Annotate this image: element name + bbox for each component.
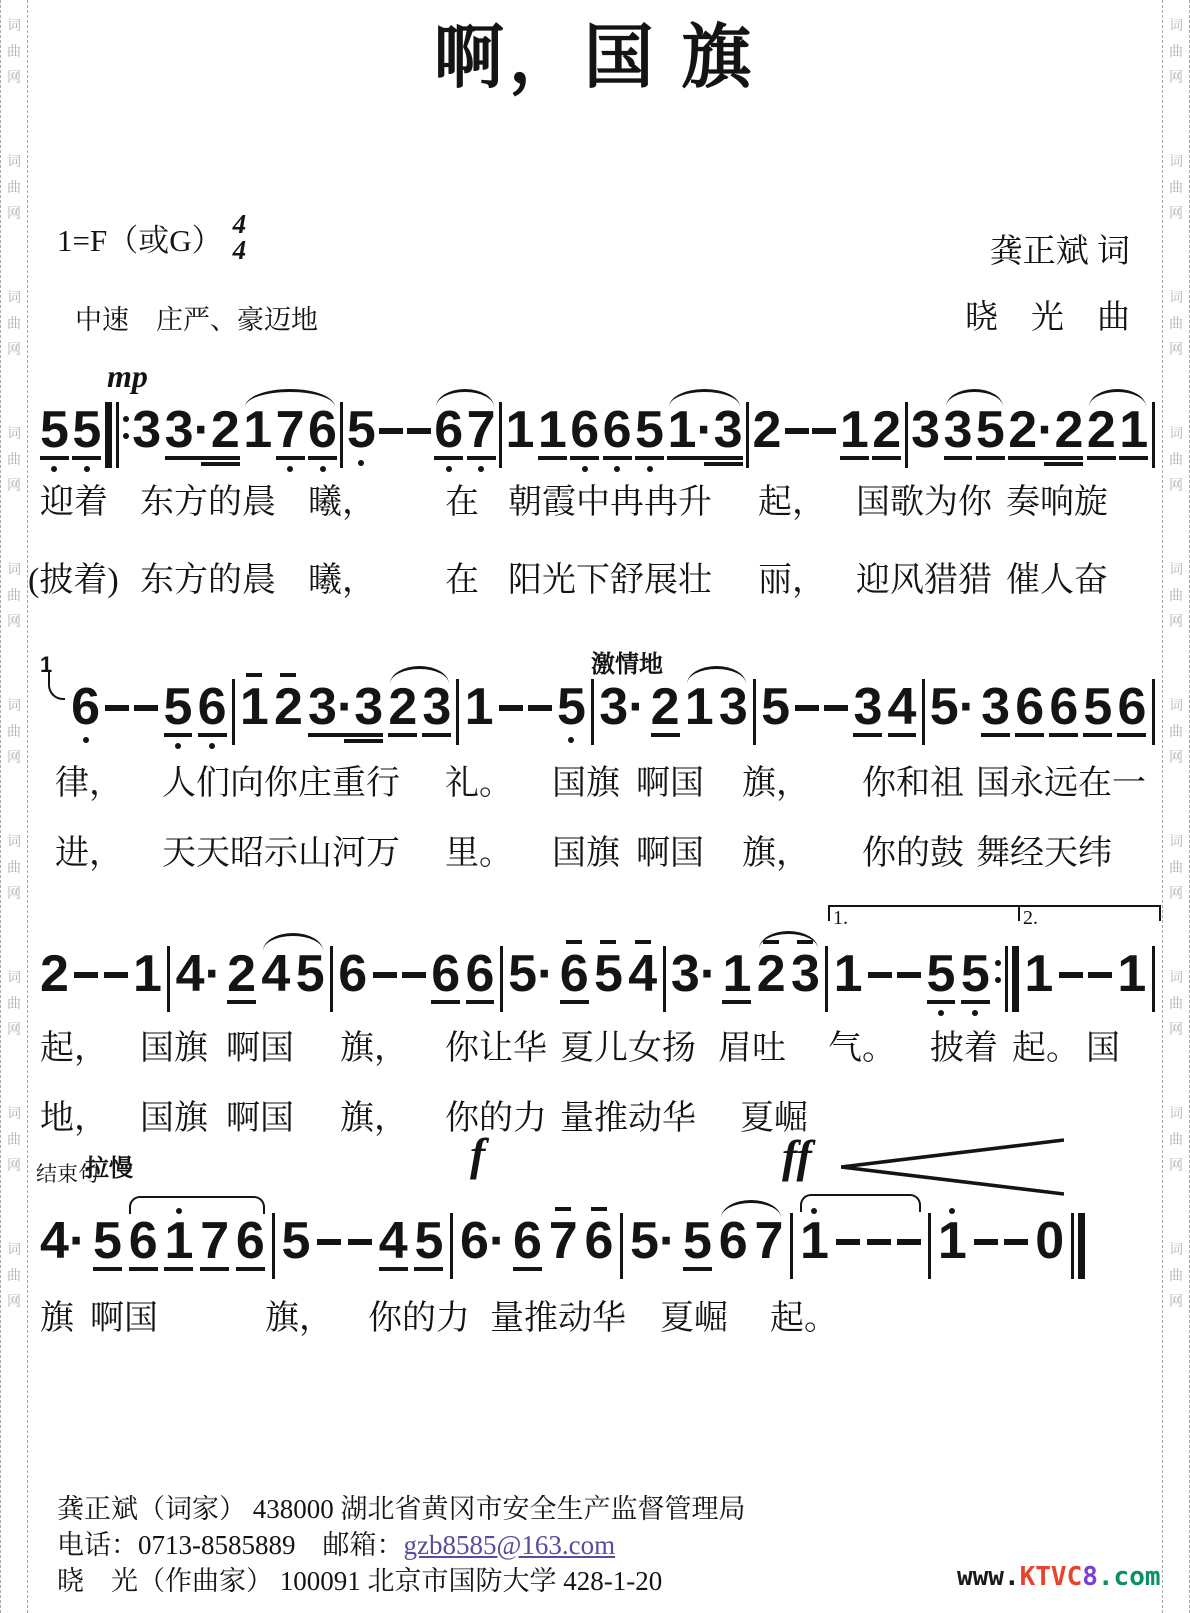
lyric-segment: 气。: [828, 1030, 896, 1067]
bar: [1005, 946, 1008, 1012]
note-digit: 6: [308, 401, 337, 459]
dash-note: [348, 1239, 372, 1245]
lyric-segment: 起。: [1012, 1030, 1080, 1067]
note-digit: 3·: [671, 945, 717, 1003]
barline: [1152, 402, 1155, 468]
lyric-segment: 人们向你庄重行: [162, 765, 400, 802]
barline: [450, 1213, 453, 1279]
note-digit: 6: [198, 678, 227, 736]
slur: [436, 389, 494, 407]
eighth-underline: [1008, 456, 1083, 460]
note-token: 5: [557, 686, 586, 730]
note-digit: 3: [911, 401, 940, 459]
note-token: 1: [243, 409, 272, 453]
time-denominator: 4: [233, 238, 247, 264]
dash-note: [867, 1239, 891, 1245]
note-digit: 5: [72, 401, 101, 459]
watermark-char: 曲: [1, 992, 27, 1018]
low-octave-dot: [83, 737, 89, 743]
lyric-segment: 在: [445, 562, 479, 599]
note-digit: 1: [133, 945, 162, 1003]
note-digit: 1: [834, 945, 863, 1003]
note-digit: 6: [560, 945, 589, 1003]
note-token: 1: [505, 409, 534, 453]
note-digit: 5: [976, 401, 1005, 459]
note-digit: 1: [685, 678, 714, 736]
note-digit: 3: [853, 678, 882, 736]
eighth-underline: [388, 733, 417, 737]
low-octave-dot: [358, 460, 364, 466]
watermark-char: 词: [1, 422, 27, 448]
dash-note: [379, 428, 403, 434]
lyric-segment: 国旗: [140, 1030, 208, 1067]
barline: [167, 946, 170, 1012]
eighth-underline: [961, 1000, 990, 1004]
note-token: 5: [594, 953, 623, 997]
note-digit: 6: [570, 401, 599, 459]
note-digit: 5: [557, 678, 586, 736]
note-digit: 5: [1083, 678, 1112, 736]
note-digit: 1: [240, 678, 269, 736]
lyric-segment: 国旗: [552, 765, 620, 802]
note-digit: 7: [467, 401, 496, 459]
logo-segment: KTVC: [1020, 1562, 1083, 1592]
eighth-underline: [651, 733, 680, 737]
note-digit: 5: [761, 678, 790, 736]
eighth-underline: [667, 456, 742, 460]
lyric-segment: 啊国: [90, 1300, 158, 1337]
high-octave-mark: [635, 940, 651, 944]
note-token: 6·: [460, 1220, 506, 1264]
note-token: 3·: [671, 953, 717, 997]
lyric-segment: 啊国: [226, 1030, 294, 1067]
sixteenth-underline: [704, 462, 743, 466]
watermark-padding: [1, 0, 27, 14]
note-token: 5·: [630, 1220, 676, 1264]
eighth-underline: [722, 1000, 751, 1004]
note-digit: 2: [1087, 401, 1116, 459]
eighth-underline: [200, 1267, 229, 1271]
eighth-underline: [379, 1267, 408, 1271]
lyric-row-2: (披着)东方的晨曦，在阳光下舒展壮丽，迎风猎猎催人奋: [0, 562, 1190, 604]
note-digit: 3: [719, 678, 748, 736]
sixteenth-underline: [344, 739, 383, 743]
note-digit: 6: [1049, 678, 1078, 736]
sheet-music-page: 词曲网词曲网词曲网词曲网词曲网词曲网词曲网词曲网词曲网词曲网 词曲网词曲网词曲网…: [0, 0, 1190, 1613]
email-link[interactable]: gzb8585@163.com: [404, 1530, 616, 1560]
eighth-underline: [944, 456, 973, 460]
note-digit: 7: [754, 1212, 783, 1270]
slur: [245, 389, 335, 407]
composer-contact-line: 晓 光（作曲家） 100091 北京市国防大学 428-1-20: [57, 1568, 662, 1595]
repeat-end-barline: [995, 946, 1019, 1012]
note-token: 5: [347, 409, 376, 453]
lyric-segment: 律，: [55, 765, 123, 802]
dash-note: [974, 1239, 998, 1245]
note-digit: 6: [603, 401, 632, 459]
low-octave-dot: [614, 466, 620, 472]
note-token: 3·: [599, 686, 645, 730]
watermark-char: 词: [1163, 286, 1189, 312]
watermark-char: 网: [1163, 882, 1189, 908]
eighth-underline: [538, 456, 567, 460]
note-token: 4: [379, 1220, 408, 1264]
lyric-segment: 旗，: [742, 765, 810, 802]
slur: [1089, 389, 1146, 407]
barline: [272, 1213, 275, 1279]
lyric-row-7: 旗啊国旗，你的力量推动华夏崛起。: [0, 1300, 1190, 1342]
bar: [105, 402, 112, 468]
lyric-segment: 丽，: [758, 562, 826, 599]
crescendo-hairpin: [841, 1138, 1064, 1196]
note-digit: 1: [840, 401, 869, 459]
barline: [825, 946, 828, 1012]
note-token: 5: [40, 409, 69, 453]
eighth-underline: [414, 1267, 443, 1271]
barline: [663, 946, 666, 1012]
watermark-char: 曲: [1163, 176, 1189, 202]
eighth-underline: [1087, 456, 1116, 460]
note-digit: 6: [431, 945, 460, 1003]
eighth-underline: [434, 456, 463, 460]
lyric-segment: 国歌为你: [856, 484, 992, 521]
lyric-segment: 进，: [55, 835, 123, 872]
note-token: 5: [635, 409, 664, 453]
watermark-char: 网: [1163, 1154, 1189, 1180]
watermark-group: 词曲网: [1, 286, 27, 364]
note-token: 6: [1049, 686, 1078, 730]
note-token: 5: [976, 409, 1005, 453]
barline: [340, 402, 343, 468]
lyricist-credit: 龚正斌 词: [990, 225, 1130, 272]
eighth-underline: [308, 733, 383, 737]
lyric-segment: 旗，: [742, 835, 810, 872]
lyric-segment: 啊国: [636, 765, 704, 802]
note-token: 5·: [930, 686, 976, 730]
note-digit: 5: [164, 678, 193, 736]
watermark-char: 网: [1, 610, 27, 636]
watermark-char: 曲: [1163, 992, 1189, 1018]
barline: [500, 946, 503, 1012]
high-octave-mark: [591, 1207, 607, 1211]
watermark-char: 曲: [1, 312, 27, 338]
volta-bracket: 2.: [1018, 905, 1161, 921]
note-digit: 2: [227, 945, 256, 1003]
note-token: 3: [911, 409, 940, 453]
note-digit: 3·3: [308, 678, 383, 736]
bar: [1012, 946, 1019, 1012]
note-digit: 2: [872, 401, 901, 459]
note-token: 2: [757, 953, 786, 997]
lyric-segment: 起，: [758, 484, 826, 521]
note-token: 3: [132, 409, 161, 453]
note-digit: 4: [628, 945, 657, 1003]
note-digit: 6: [236, 1212, 265, 1270]
note-token: 4·: [176, 953, 222, 997]
dash-note: [785, 428, 809, 434]
note-digit: 6: [71, 678, 100, 736]
barline: [499, 402, 502, 468]
note-token: 1: [800, 1220, 829, 1264]
note-digit: 2: [651, 678, 680, 736]
note-token: 2: [227, 953, 256, 997]
watermark-char: 曲: [1163, 720, 1189, 746]
dash-note: [373, 972, 397, 978]
high-octave-dot: [949, 1208, 955, 1214]
note-token: 1: [722, 953, 751, 997]
watermark-char: 网: [1, 202, 27, 228]
note-digit: 3: [981, 678, 1010, 736]
lyric-segment: 量推动华: [560, 1100, 696, 1137]
barline: [922, 679, 925, 745]
key-signature: 1=F（或G） 4 4: [57, 212, 246, 263]
barline: [1152, 946, 1155, 1012]
note-token: 1·3: [667, 409, 742, 453]
note-token: 5: [296, 953, 325, 997]
logo-segment: .com: [1098, 1562, 1161, 1592]
watermark-char: 词: [1, 1238, 27, 1264]
dash-note: [824, 705, 848, 711]
lyric-segment: 东方的晨: [140, 562, 276, 599]
eighth-underline: [276, 456, 305, 460]
note-token: 3: [981, 686, 1010, 730]
dash-note: [407, 428, 431, 434]
note-token: 6: [584, 1220, 613, 1264]
music-system-4: 4·561765456·6765·567110结束句拉慢fff: [40, 1220, 1085, 1279]
note-token: 5·: [508, 953, 554, 997]
note-digit: 2: [753, 401, 782, 459]
watermark-char: 曲: [1, 1264, 27, 1290]
lyric-segment: 天天昭示山河万: [162, 835, 400, 872]
eighth-underline: [513, 1267, 542, 1271]
note-digit: 3: [132, 401, 161, 459]
low-octave-dot: [446, 466, 452, 472]
note-token: 3: [944, 409, 973, 453]
note-digit: 5: [93, 1212, 122, 1270]
dash-note: [812, 428, 836, 434]
note-token: 6: [570, 409, 599, 453]
low-octave-dot: [287, 466, 293, 472]
lyric-segment: 里。: [445, 835, 513, 872]
note-digit: 7: [549, 1212, 578, 1270]
barline: [330, 946, 333, 1012]
lyric-segment: 披着: [930, 1030, 998, 1067]
note-digit: 5·: [930, 678, 976, 736]
watermark-char: 曲: [1163, 448, 1189, 474]
note-token: 6: [1117, 686, 1146, 730]
barline: [456, 679, 459, 745]
eighth-underline: [164, 1267, 193, 1271]
note-token: 1: [840, 409, 869, 453]
dash-note: [499, 705, 523, 711]
low-octave-dot: [478, 466, 484, 472]
barline: [591, 679, 594, 745]
note-token: 7: [467, 409, 496, 453]
note-token: 4: [628, 953, 657, 997]
lyric-segment: 你的力: [445, 1100, 547, 1137]
note-token: 7: [200, 1220, 229, 1264]
lyric-segment: 迎着: [40, 484, 108, 521]
note-digit: 5: [296, 945, 325, 1003]
logo-segment: www.: [957, 1562, 1020, 1592]
note-digit: 1·3: [667, 401, 742, 459]
slur: [687, 666, 746, 684]
note-token: 3·3: [308, 686, 383, 730]
note-digit: 4: [261, 945, 290, 1003]
note-digit: 5·: [630, 1212, 676, 1270]
lyric-segment: 啊国: [226, 1100, 294, 1137]
note-token: 1: [240, 686, 269, 730]
note-digit: 2·2: [1008, 401, 1083, 459]
eighth-underline: [840, 456, 869, 460]
watermark-char: 词: [1163, 966, 1189, 992]
final-barline: [1071, 1213, 1085, 1279]
watermark-char: 网: [1, 1154, 27, 1180]
sixteenth-underline: [1044, 462, 1083, 466]
composer-credit: 晓 光 曲: [965, 291, 1130, 338]
note-token: 6: [308, 409, 337, 453]
note-token: 2·2: [1008, 409, 1083, 453]
note-digit: 1: [1117, 945, 1146, 1003]
watermark-char: 词: [1163, 150, 1189, 176]
lyric-segment: 催人奋: [1006, 562, 1108, 599]
watermark-group: 词曲网: [1163, 694, 1189, 772]
note-token: 1: [164, 1220, 193, 1264]
note-digit: 3·: [599, 678, 645, 736]
note-digit: 7: [200, 1212, 229, 1270]
note-digit: 1: [800, 1212, 829, 1270]
lyric-segment: 阳光下舒展壮: [508, 562, 712, 599]
lyricist-contact-line: 龚正斌（词家） 438000 湖北省黄冈市安全生产监督管理局: [57, 1496, 746, 1523]
dash-note: [868, 972, 892, 978]
eighth-underline: [976, 456, 1005, 460]
note-digit: 6·: [460, 1212, 506, 1270]
watermark-char: 曲: [1, 448, 27, 474]
low-octave-dot: [175, 743, 181, 749]
dash-note: [104, 972, 128, 978]
eighth-underline: [1049, 733, 1078, 737]
lyric-segment: 国永远在一: [976, 765, 1146, 802]
note-token: 1: [538, 409, 567, 453]
note-token: 6: [71, 686, 100, 730]
lyric-segment: 地，: [40, 1100, 108, 1137]
repeat-start-barline: [105, 402, 129, 468]
note-token: 7: [549, 1220, 578, 1264]
note-digit: 6: [584, 1212, 613, 1270]
dash-note: [836, 1239, 860, 1245]
note-token: 7: [754, 1220, 783, 1264]
note-digit: 3: [944, 401, 973, 459]
logo-segment: 8: [1082, 1562, 1098, 1592]
eighth-underline: [164, 733, 193, 737]
high-octave-mark: [280, 673, 296, 677]
eighth-underline: [1119, 456, 1148, 460]
eighth-underline: [467, 456, 496, 460]
eighth-underline: [872, 456, 901, 460]
note-token: 5: [683, 1220, 712, 1264]
eighth-underline: [308, 456, 337, 460]
eighth-underline: [570, 456, 599, 460]
eighth-underline: [422, 733, 451, 737]
lyric-segment: 你的力: [368, 1300, 470, 1337]
dash-note: [105, 705, 129, 711]
note-token: 3·2: [165, 409, 240, 453]
lyric-segment: 起。: [770, 1300, 838, 1337]
note-digit: 6: [1117, 678, 1146, 736]
note-digit: 3: [791, 945, 820, 1003]
dash-note: [528, 705, 552, 711]
dash-note: [1059, 972, 1083, 978]
eighth-underline: [635, 456, 664, 460]
low-octave-dot: [647, 466, 653, 472]
dash-note: [1004, 1239, 1028, 1245]
tempo-marking: 中速 庄严、豪迈地: [75, 298, 318, 337]
eighth-underline: [198, 733, 227, 737]
lyric-segment: 奏响旋: [1006, 484, 1108, 521]
note-digit: 1: [243, 401, 272, 459]
note-token: 6: [560, 953, 589, 997]
note-digit: 6: [338, 945, 367, 1003]
phone-email-line: 电话：0713-8585889 邮箱：gzb8585@163.com: [57, 1532, 615, 1559]
slur: [759, 931, 818, 949]
eighth-underline: [1117, 733, 1146, 737]
eighth-underline: [227, 1000, 256, 1004]
eighth-underline: [683, 1267, 712, 1271]
note-token: 6: [466, 953, 495, 997]
lyric-segment: 曦，: [308, 484, 376, 521]
watermark-char: 网: [1163, 338, 1189, 364]
note-token: 2: [753, 409, 782, 453]
eighth-underline: [560, 1000, 589, 1004]
watermark-char: 网: [1163, 610, 1189, 636]
note-token: 1: [834, 953, 863, 997]
note-token: 5: [927, 953, 956, 997]
lyric-segment: 夏儿女扬: [560, 1030, 696, 1067]
note-token: 2: [274, 686, 303, 730]
note-token: 1: [938, 1220, 967, 1264]
note-digit: 3: [422, 678, 451, 736]
note-token: 3: [719, 686, 748, 730]
note-token: 6: [434, 409, 463, 453]
note-token: 1: [685, 686, 714, 730]
site-logo[interactable]: www.KTVC8.com: [957, 1562, 1161, 1592]
music-system-1: 5533·2176567116651·32123352·221mp: [40, 409, 1155, 468]
watermark-char: 网: [1, 882, 27, 908]
watermark-char: 词: [1163, 694, 1189, 720]
dash-note: [317, 1239, 341, 1245]
note-digit: 1: [505, 401, 534, 459]
note-digit: 4·: [176, 945, 222, 1003]
lyric-segment: 夏崛: [660, 1300, 728, 1337]
note-digit: 1: [465, 678, 494, 736]
lyric-segment: 在: [445, 484, 479, 521]
lyric-row-5: 起，国旗啊国旗，你让华夏儿女扬眉吐气。披着起。国: [0, 1030, 1190, 1072]
note-token: 5: [414, 1220, 443, 1264]
slur: [721, 1200, 781, 1218]
lyric-segment: 国旗: [552, 835, 620, 872]
repeat-dots: [995, 960, 1001, 983]
volta-bracket: 1.: [828, 905, 1025, 921]
high-octave-mark: [600, 940, 616, 944]
lyric-segment: 舞经天纬: [976, 835, 1112, 872]
lyric-segment: 国: [1086, 1030, 1120, 1067]
tie-bracket: [129, 1196, 265, 1214]
tie-bracket: [800, 1194, 921, 1212]
eighth-underline: [853, 733, 882, 737]
dynamic-label: 激情地: [591, 644, 663, 679]
eighth-underline: [93, 1267, 122, 1271]
low-octave-dot: [568, 737, 574, 743]
